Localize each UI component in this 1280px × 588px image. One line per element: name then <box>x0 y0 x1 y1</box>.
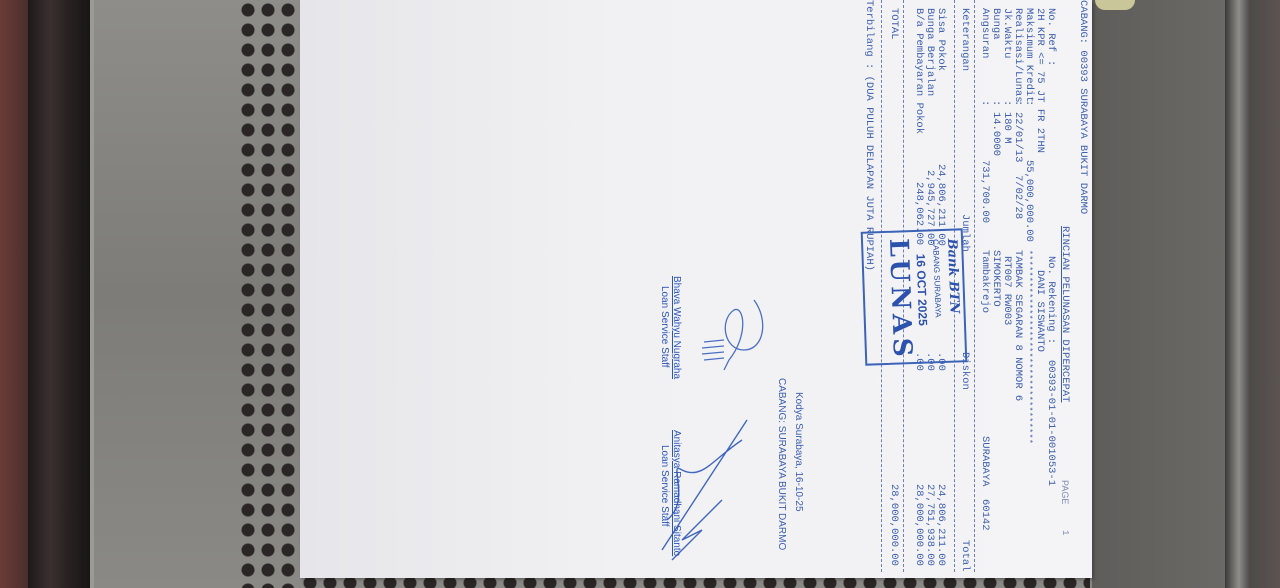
yellow-object <box>1095 0 1135 10</box>
masked-field: ************************************ <box>1023 250 1035 444</box>
field-label: Bunga <box>990 8 1002 40</box>
address-city: SURABAYA 60142 <box>979 436 991 531</box>
divider <box>974 0 975 572</box>
field-label: Realisasi/Lunas <box>1012 8 1024 103</box>
row-desc: Sisa Pokok <box>935 8 947 71</box>
receipt-paper: CABANG: 00393 SURABAYA BUKIT DARMO RINCI… <box>300 0 1092 578</box>
account-label: No. Rekening : <box>1045 256 1057 344</box>
col-header-keterangan: Keterangan <box>959 8 971 71</box>
tray-right-shadow <box>1092 0 1225 588</box>
field-label: Maksimum Kredit <box>1023 8 1035 103</box>
signatory-2-name: Anitasya Ramadhani Sitanto <box>671 430 683 556</box>
field-sep: : <box>990 100 1002 106</box>
paid-stamp: Bank BTN CABANG SURABAYA 16 OCT 2025 LUN… <box>861 228 968 365</box>
field-label: No. Ref <box>1045 8 1057 52</box>
row-total: 27,751,938.00 <box>924 484 936 566</box>
field-value: 14.0000 <box>990 112 1002 156</box>
stamp-bank: Bank BTN <box>945 238 959 313</box>
field-label: Jk.Waktu <box>1001 8 1013 58</box>
address-line: SIMOKERTO <box>990 250 1002 307</box>
row-desc: B/a Pembayaran Pokok <box>913 8 925 134</box>
page-number: 1 <box>1059 530 1071 535</box>
field-sep: : <box>1012 100 1024 106</box>
signatory-2-role: Loan Service Staff <box>659 445 671 527</box>
field-value: 180 M <box>1001 112 1013 144</box>
field-value: 22/01/13 7/02/28 <box>1012 112 1024 219</box>
branch-footer: CABANG: SURABAYA BUKIT DARMO <box>776 378 788 550</box>
field-sep: : <box>1045 60 1057 66</box>
field-sep: : <box>1001 100 1013 106</box>
field-sep: : <box>979 100 991 106</box>
account-holder-name: DANI SISWANTO <box>1034 270 1046 352</box>
field-value: 731,700.00 <box>979 160 991 223</box>
background-table-surface <box>0 0 28 588</box>
account-number: 00393-01-01-001053-1 <box>1045 360 1057 486</box>
tray-frame-right <box>1225 0 1280 588</box>
receipt-content: CABANG: 00393 SURABAYA BUKIT DARMO RINCI… <box>300 0 1092 578</box>
address-line: Tambakrejo <box>979 250 991 313</box>
total-value: 28,000,000.00 <box>888 484 900 566</box>
col-header-total: Total <box>959 540 971 572</box>
document-title: RINCIAN PELUNASAN DIPERCEPAT <box>1059 226 1071 402</box>
tray-perforation <box>238 0 300 588</box>
field-value: 55,000,000.00 <box>1023 160 1035 242</box>
field-sep: : <box>1023 100 1035 106</box>
field-label: 2H KPR <= 75 JT FR 2THN <box>1034 8 1046 153</box>
signatory-1-role: Loan Service Staff <box>659 286 671 368</box>
row-desc: Bunga Berjalan <box>924 8 936 96</box>
row-total: 28,000,000.00 <box>913 484 925 566</box>
amount-in-words: Terbilang : (DUA PULUH DELAPAN JUTA RUPI… <box>863 0 875 271</box>
signatory-1-name: Bhava Wahyu Nugraha <box>671 276 683 379</box>
field-label: Angsuran <box>979 8 991 58</box>
tray-frame-left <box>28 0 92 588</box>
stamp-branch: CABANG SURABAYA <box>930 239 944 318</box>
branch-header: CABANG: 00393 SURABAYA BUKIT DARMO <box>1077 0 1089 214</box>
signature-1 <box>674 280 774 410</box>
page-label: PAGE <box>1059 480 1071 504</box>
total-label: TOTAL <box>888 8 900 40</box>
row-total: 24,806,211.00 <box>935 484 947 566</box>
place-date: Kodya Surabaya, 16-10-25 <box>793 392 805 512</box>
address-line: TAMBAK SEGARAN 8 NOMOR 6 <box>1012 250 1024 401</box>
address-line: RT007 RW003 <box>1001 256 1013 325</box>
stamp-status: LUNAS <box>891 238 907 361</box>
stamp-date: 16 OCT 2025 <box>914 254 928 326</box>
